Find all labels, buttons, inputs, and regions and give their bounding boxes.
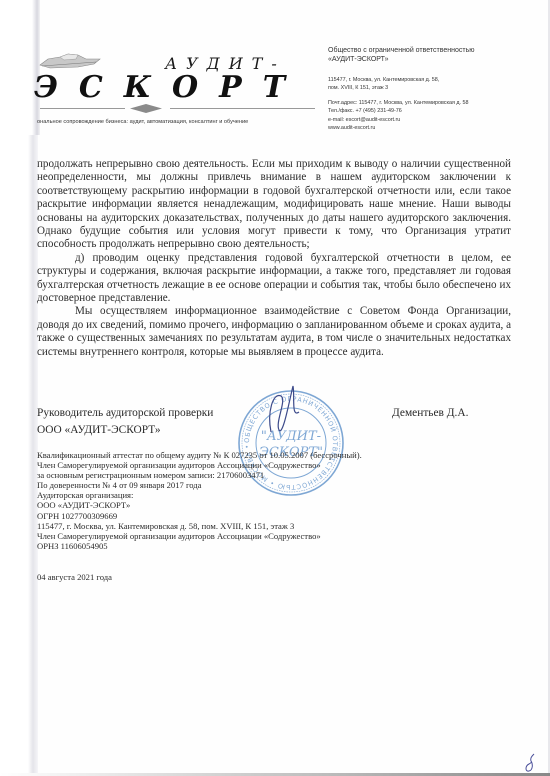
- website: www.audit-escort.ru: [328, 124, 548, 132]
- org-name-line2: «АУДИТ-ЭСКОРТ»: [328, 55, 548, 64]
- credential-line: Аудиторская организация:: [37, 490, 437, 500]
- logo-line-escort: ЭСКОРТ: [34, 70, 306, 105]
- credential-line: Член Саморегулируемой организации аудито…: [37, 531, 437, 541]
- signature-block: Руководитель аудиторской проверки ООО «А…: [37, 405, 511, 439]
- credential-line: Член Саморегулируемой организации аудито…: [37, 460, 437, 470]
- paragraph-communication: Мы осуществляем информационное взаимодей…: [37, 305, 511, 359]
- paragraph-presentation: д) проводим оценку представления годовой…: [37, 252, 511, 306]
- car-logo-icon: [38, 52, 102, 70]
- credential-line: за основным регистрационным номером запи…: [37, 470, 437, 480]
- letterhead-contacts: Общество с ограниченной ответственностью…: [328, 46, 548, 132]
- paragraph-going-concern: продолжать непрерывно свою деятельность.…: [37, 158, 511, 252]
- postal-address: Почт.адрес: 115477, г. Москва, ул. Канте…: [328, 99, 548, 107]
- logo-rule-right: [170, 108, 315, 109]
- address-line2: пом. XVIII, К 151, этаж 3: [328, 84, 548, 92]
- company-tagline: ональное сопровождение бизнеса: аудит, а…: [37, 119, 248, 125]
- org-name-line1: Общество с ограниченной ответственностью: [328, 46, 548, 55]
- credential-line: ОГРН 1027700309669: [37, 511, 437, 521]
- document-body: продолжать непрерывно свою деятельность.…: [37, 158, 511, 359]
- document-page: АУДИТ- ЭСКОРТ ональное сопровождение биз…: [0, 0, 550, 776]
- credential-line: ОРНЗ 11606054905: [37, 541, 437, 551]
- company-logo: АУДИТ- ЭСКОРТ: [30, 40, 290, 140]
- credential-line: Квалификационный аттестат по общему ауди…: [37, 450, 437, 460]
- signer-company: ООО «АУДИТ-ЭСКОРТ»: [37, 422, 511, 439]
- address-line1: 115477, г. Москва, ул. Кантемировская д.…: [328, 76, 548, 84]
- credential-line: 115477, г. Москва, ул. Кантемировская д.…: [37, 521, 437, 531]
- auditor-credentials: Квалификационный аттестат по общему ауди…: [37, 450, 437, 551]
- email: e-mail: escort@audit-escort.ru: [328, 116, 548, 124]
- handwritten-page-number-icon: [523, 752, 537, 774]
- credential-line: По доверенности № 4 от 09 января 2017 го…: [37, 480, 437, 490]
- document-date: 04 августа 2021 года: [37, 572, 112, 582]
- signer-name: Дементьев Д.А.: [392, 405, 468, 422]
- credential-line: ООО «АУДИТ-ЭСКОРТ»: [37, 500, 437, 510]
- logo-diamond-icon: [130, 104, 162, 113]
- logo-rule-left: [40, 108, 125, 109]
- phone: Тел./факс. +7 (495) 231-49-76: [328, 107, 548, 115]
